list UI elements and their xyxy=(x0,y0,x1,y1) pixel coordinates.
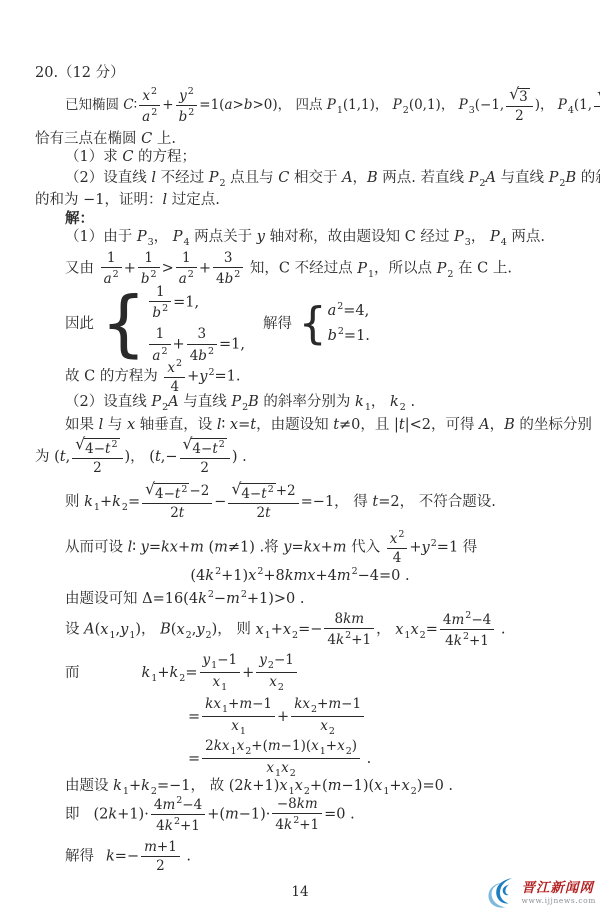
superscript: 2 xyxy=(181,484,187,495)
site-logo-text: 晋江新闻网 www.ijjnews.com xyxy=(521,881,596,905)
math-var: a xyxy=(224,97,232,113)
math-var-base: t xyxy=(261,486,266,502)
math-var-base: kx xyxy=(304,540,321,556)
math-text: . xyxy=(362,751,371,767)
math-text: > xyxy=(162,261,174,277)
math-var: m xyxy=(144,839,157,855)
math-text: 与 xyxy=(103,417,127,433)
math-var: P2 xyxy=(437,261,454,277)
math-text: +( xyxy=(207,807,225,823)
math-var: x xyxy=(127,417,135,433)
math-var-base: y xyxy=(422,540,430,556)
math-var-base: B xyxy=(160,622,171,638)
fraction: x2a2 xyxy=(139,86,160,125)
numerator: 3 xyxy=(213,250,243,268)
math-var: x2 xyxy=(281,760,296,776)
math-var-base: B xyxy=(367,170,378,186)
fraction: 34b2 xyxy=(213,250,243,287)
numerator: kx1+m−1 xyxy=(202,696,275,717)
math-var: b2 xyxy=(152,305,168,321)
math-var: P3 xyxy=(459,97,475,113)
solution2-vertical-sum: 则 k1+k2=√4−t2−22t−√4−t2+22t=−1， 得 t=2， 不… xyxy=(65,483,496,521)
superscript: 2 xyxy=(162,303,168,314)
math-var: y1 xyxy=(203,652,218,668)
math-var: P2 xyxy=(151,394,168,410)
math-var-base: m xyxy=(225,807,239,823)
math-var-base: t xyxy=(105,441,110,457)
math-text: 轴对称，故由题设知 C 经过 xyxy=(265,229,454,245)
math-var-base: k xyxy=(205,568,214,584)
math-var-base: k xyxy=(170,665,179,681)
math-var: C xyxy=(141,131,152,147)
math-text: 4 xyxy=(156,818,165,834)
math-text: = xyxy=(188,751,200,767)
math-var-base: x xyxy=(279,778,287,794)
math-text: 故 C 的方程为 xyxy=(65,369,162,385)
math-var: B xyxy=(367,170,378,186)
math-var: y2 xyxy=(196,622,211,638)
math-var-base: x xyxy=(320,718,328,734)
site-logo-url: www.ijjnews.com xyxy=(521,896,596,905)
math-var: y1 xyxy=(120,622,135,638)
math-text: =1, xyxy=(173,295,199,311)
math-text: = xyxy=(238,417,250,433)
math-var-base: m xyxy=(144,839,157,855)
math-text: 4− xyxy=(192,441,212,457)
math-text: + xyxy=(100,494,112,510)
math-text: + xyxy=(157,665,169,681)
math-text: 1 xyxy=(107,250,116,266)
math-var-base: x xyxy=(100,622,108,638)
radical: √4−t2 xyxy=(183,438,227,457)
math-text: 20.（12 分） xyxy=(35,65,125,81)
math-text: 4 xyxy=(327,632,336,648)
math-text: ， xyxy=(154,229,173,245)
math-var-base: k xyxy=(112,494,121,510)
numerator: √4−t2 xyxy=(72,438,122,459)
solution2-coordinates: 为 (t,√4−t22)， (t,−√4−t22) . xyxy=(35,438,247,476)
solution1-system: 因此 {1b2=1,1a2+34b2=1,解得 {a2=4,b2=1. xyxy=(65,284,372,364)
math-text: 两点. 若直线 xyxy=(378,170,469,186)
math-var: x2 xyxy=(320,718,335,734)
radical-sign-icon: √ xyxy=(509,87,519,103)
math-text: 2 xyxy=(515,108,524,124)
math-var-base: x xyxy=(269,674,277,690)
math-text: 过定点. xyxy=(167,192,220,208)
math-var: C xyxy=(278,170,289,186)
math-text: 3 xyxy=(519,89,528,105)
solution2-ksum-step2: =kx1+m−1x1+kx2+m−1x2 xyxy=(188,696,366,738)
math-var-base: A xyxy=(342,170,352,186)
math-var-base: x xyxy=(142,88,150,104)
math-text: (4 xyxy=(190,568,205,584)
numerator: 8km xyxy=(324,611,374,629)
math-var-base: C xyxy=(122,149,133,165)
brace-system: {a2=4,b2=1. xyxy=(299,301,370,347)
math-var-base: x xyxy=(395,622,403,638)
math-text: +( xyxy=(310,778,328,794)
math-var-base: x xyxy=(295,778,303,794)
math-text: + xyxy=(242,665,254,681)
math-text: =−1， 故 (2 xyxy=(157,778,244,794)
math-text: −1)( xyxy=(341,778,374,794)
math-var: m xyxy=(239,696,252,712)
math-var-base: x xyxy=(231,718,239,734)
math-text: 即 xyxy=(65,807,80,823)
fraction: √4−t22 xyxy=(180,438,230,476)
radical-sign-icon: √ xyxy=(145,482,155,498)
math-text: )， ( xyxy=(125,449,155,465)
solution2-substitute: 即(2k+1)·4m2−44k2+1+(m−1)·−8km4k2+1=0 . xyxy=(65,795,355,834)
denominator: x2 xyxy=(256,673,297,693)
math-text: ≠0，且 | xyxy=(339,417,399,433)
radicand: 4−t2 xyxy=(154,483,189,502)
solution2-vieta: 设 A(x1,y1)， B(x2,y2)， 则 x1+x2=−8km4k2+1，… xyxy=(65,610,505,649)
math-var-base: k xyxy=(141,778,150,794)
math-text: 2 xyxy=(205,738,214,754)
brace-system: {1b2=1,1a2+34b2=1, xyxy=(101,284,245,364)
solution-label: 解： xyxy=(65,209,94,229)
math-var-base: P xyxy=(137,229,147,245)
math-text: 知，C 不经过点 xyxy=(245,261,357,277)
radical-sign-icon: √ xyxy=(231,482,241,498)
fraction: kx1+m−1x1 xyxy=(202,696,275,738)
math-var-base: m xyxy=(333,540,347,556)
math-var: t xyxy=(265,505,270,521)
math-text: )=0 . xyxy=(417,778,453,794)
math-text: ) xyxy=(352,738,357,754)
math-text: −1)( xyxy=(281,738,311,754)
math-text: + xyxy=(124,261,136,277)
math-var-base: m xyxy=(451,612,464,628)
math-var-base: a xyxy=(224,97,232,113)
math-text: +1 xyxy=(180,818,200,834)
math-text: 1 xyxy=(156,284,165,300)
math-text: 2 xyxy=(170,505,179,521)
math-text: + xyxy=(173,337,185,353)
numerator: 1 xyxy=(138,250,160,268)
math-var-base: k xyxy=(84,494,93,510)
fraction: √32 xyxy=(506,88,532,124)
math-var: k2 xyxy=(198,591,214,607)
math-var: k2 xyxy=(284,817,299,833)
superscript: 2 xyxy=(151,107,157,118)
math-var-base: A xyxy=(485,170,495,186)
math-var-base: a xyxy=(142,109,150,125)
numerator: kx2+m−1 xyxy=(291,696,364,717)
math-var: b2 xyxy=(328,328,344,344)
subscript: 2 xyxy=(329,726,335,737)
math-var-base: k xyxy=(390,394,399,410)
math-text: =−1， 得 xyxy=(301,494,373,510)
site-logo-name: 晋江新闻网 xyxy=(521,881,594,896)
math-text: 解得 xyxy=(65,849,94,865)
math-var: x2 xyxy=(269,674,284,690)
superscript: 2 xyxy=(151,86,157,97)
math-var-base: m xyxy=(328,778,342,794)
math-var-base: P xyxy=(209,170,219,186)
radical-sign-icon: √ xyxy=(75,437,85,453)
math-text: +8 xyxy=(263,568,284,584)
math-text: 设 xyxy=(65,622,84,638)
math-var: m xyxy=(190,540,204,556)
math-var: km xyxy=(343,611,364,627)
math-text: |<2，可得 xyxy=(405,417,479,433)
superscript: 2 xyxy=(188,86,194,97)
news-logo-swoosh-icon xyxy=(484,877,518,909)
math-var-base: kx xyxy=(294,696,310,712)
math-var-base: x xyxy=(390,531,398,547)
math-var-base: x xyxy=(237,738,245,754)
math-text: ∶ xyxy=(132,540,140,556)
math-text: + xyxy=(228,696,239,712)
superscript: 2 xyxy=(208,346,214,357)
math-var: k2 xyxy=(390,394,406,410)
math-var: kx xyxy=(161,540,178,556)
math-var: P2 xyxy=(549,170,566,186)
site-logo: 晋江新闻网 www.ijjnews.com xyxy=(484,877,596,909)
math-var-base: x xyxy=(127,417,135,433)
math-var: x1 xyxy=(266,760,281,776)
math-var: C xyxy=(123,97,133,113)
math-text: = xyxy=(426,622,438,638)
math-text: 轴垂直，设 xyxy=(135,417,217,433)
math-var-base: C xyxy=(141,131,152,147)
math-var: kx2 xyxy=(294,696,317,712)
math-var-base: m xyxy=(328,696,341,712)
math-var-base: P xyxy=(454,229,464,245)
denominator: 2 xyxy=(180,459,230,476)
numerator: m+1 xyxy=(141,839,180,857)
math-var-base: k xyxy=(336,632,344,648)
math-var-base: y xyxy=(259,652,267,668)
math-text: +( xyxy=(251,738,268,754)
fraction: y2−1x2 xyxy=(256,652,297,694)
math-var-base: m xyxy=(337,568,351,584)
math-text: 则 xyxy=(65,494,84,510)
math-text: −4 xyxy=(182,797,202,813)
math-text: 解： xyxy=(65,210,94,227)
math-var: m xyxy=(328,778,342,794)
fraction: 2kx1x2+(m−1)(x1+x2)x1x2 xyxy=(202,738,360,780)
math-var-base: x xyxy=(311,738,319,754)
math-var: m xyxy=(225,807,239,823)
math-text: =1 得 xyxy=(437,540,477,556)
math-text: 1 xyxy=(182,250,191,266)
math-text: . xyxy=(406,394,415,410)
math-var: x2 xyxy=(410,622,425,638)
subscript: 2 xyxy=(278,682,284,693)
math-text: =4, xyxy=(343,303,369,319)
math-var-base: k xyxy=(454,633,462,649)
math-var: P3 xyxy=(137,229,154,245)
math-var-base: P xyxy=(437,261,447,277)
math-var: b2 xyxy=(179,109,195,125)
denominator: 4 xyxy=(387,549,408,566)
solution2-ksum-step1: 而k1+k2=y1−1x1+y2−1x2 xyxy=(65,652,299,694)
numerator: 2kx1x2+(m−1)(x1+x2) xyxy=(202,738,360,759)
math-text: （1）由于 xyxy=(65,229,137,245)
math-var: t2 xyxy=(261,486,273,502)
math-var: B xyxy=(248,394,259,410)
math-var: a2 xyxy=(142,109,157,125)
numerator: 3 xyxy=(187,326,217,344)
math-var: P1 xyxy=(357,261,374,277)
math-var: P4 xyxy=(173,229,190,245)
part2-question-line1: （2）设直线 l 不经过 P2 点且与 C 相交于 A，B 两点. 若直线 P2… xyxy=(65,169,600,191)
superscript: 2 xyxy=(176,358,182,369)
math-text: 为 ( xyxy=(35,449,60,465)
math-var-base: m xyxy=(190,540,204,556)
numerator: √3 xyxy=(594,88,600,107)
solution2-quadratic: (4k2+1)x2+8kmx+4m2−4=0 . xyxy=(0,566,600,587)
math-text: 因此 xyxy=(65,316,99,332)
solution2-slopes-setup: （2）设直线 P2A 与直线 P2B 的斜率分别为 k1， k2 . xyxy=(65,393,415,415)
math-var: m2 xyxy=(451,612,471,628)
math-var-base: P xyxy=(558,97,567,113)
math-text: > xyxy=(233,97,244,113)
denominator: 2 xyxy=(506,107,532,124)
math-text: + xyxy=(317,696,328,712)
math-text: 4 xyxy=(393,550,402,566)
math-var-base: t xyxy=(179,505,184,521)
system-rows: a2=4,b2=1. xyxy=(328,301,370,347)
math-text: ，由题设知 xyxy=(256,417,333,433)
math-text: 4 xyxy=(445,633,454,649)
math-text: =1, xyxy=(219,337,245,353)
math-var-base: x xyxy=(281,760,289,776)
system-rows: 1b2=1,1a2+34b2=1, xyxy=(147,284,245,364)
math-var: y xyxy=(257,229,265,245)
math-text: （2）设直线 xyxy=(65,394,151,410)
numerator: −8km xyxy=(272,796,322,814)
math-text: 两点关于 xyxy=(190,229,257,245)
math-text: −4 xyxy=(471,612,491,628)
math-var-base: t xyxy=(212,441,217,457)
math-text: + xyxy=(178,540,190,556)
math-var: x2 xyxy=(390,531,405,547)
math-text: ≠1) .将 xyxy=(228,540,283,556)
math-var: P2 xyxy=(469,170,486,186)
math-var: x2 xyxy=(337,738,352,754)
math-var-base: x xyxy=(283,622,291,638)
subscript: 1 xyxy=(240,726,246,737)
math-var-base: P xyxy=(231,394,241,410)
math-text: ， xyxy=(371,394,390,410)
math-var: m xyxy=(333,540,347,556)
radical: √4−t2 xyxy=(231,483,275,502)
math-var-base: m xyxy=(268,738,281,754)
math-var: x2 xyxy=(167,360,182,376)
denominator: a2 xyxy=(139,106,160,125)
math-var-base: k xyxy=(284,817,292,833)
fraction: 1a2 xyxy=(176,250,197,287)
math-text: + xyxy=(162,97,173,113)
math-text: + xyxy=(271,622,283,638)
math-text: ,− xyxy=(161,449,178,465)
math-text: （2）设直线 xyxy=(65,170,151,186)
math-var-base: x xyxy=(176,622,184,638)
math-var-base: x xyxy=(167,360,175,376)
math-var: x2 xyxy=(283,622,298,638)
math-var: m2 xyxy=(226,591,247,607)
math-text: =− xyxy=(115,849,139,865)
numerator: √3 xyxy=(506,88,532,107)
math-text: ， xyxy=(376,622,395,638)
denominator: 2 xyxy=(141,857,180,874)
math-var: x1 xyxy=(374,778,389,794)
denominator: 4k2+1 xyxy=(272,814,322,833)
math-text: −4=0 . xyxy=(358,568,410,584)
problem-statement-ellipse: 已知椭圆 C∶x2a2+y2b2=1(a>b>0)， 四点 P1(1,1)， P… xyxy=(65,86,600,125)
math-var: kx1 xyxy=(214,738,237,754)
math-text: 4− xyxy=(155,486,175,502)
math-text: 点且与 xyxy=(226,170,279,186)
math-text: 4− xyxy=(241,486,261,502)
math-text: +1 xyxy=(157,839,177,855)
math-text: + xyxy=(129,778,141,794)
math-text: ， xyxy=(490,417,505,433)
numerator: 1 xyxy=(149,326,170,344)
math-var: k1 xyxy=(84,494,100,510)
math-var-base: t xyxy=(265,505,270,521)
math-text: + xyxy=(409,540,421,556)
math-var: y xyxy=(141,540,149,556)
denominator: 4k2+1 xyxy=(440,630,494,649)
math-text: =1( xyxy=(199,97,224,113)
math-var-base: P xyxy=(459,97,468,113)
math-text: 8 xyxy=(334,611,343,627)
math-var-base: P xyxy=(327,97,336,113)
denominator: x2 xyxy=(291,717,364,737)
radical: √3 xyxy=(509,88,529,105)
subscript: 1 xyxy=(221,682,227,693)
math-text: = xyxy=(291,540,303,556)
math-var-base: P xyxy=(357,261,367,277)
superscript: 2 xyxy=(113,269,119,280)
math-var: x1 xyxy=(311,738,326,754)
denominator: b2 xyxy=(176,106,198,125)
math-var-base: m xyxy=(214,540,228,556)
math-text: = xyxy=(128,494,140,510)
math-text: )， xyxy=(535,97,558,113)
math-text: −1)· xyxy=(239,807,271,823)
math-var: t2 xyxy=(175,486,187,502)
math-var: k1 xyxy=(142,665,158,681)
math-text: 1 xyxy=(156,326,165,342)
numerator: 1 xyxy=(176,250,197,268)
math-var-base: kx xyxy=(214,738,230,754)
solution1-equation: 故 C 的方程为 x24+y2=1. xyxy=(65,358,240,395)
math-var: A xyxy=(168,394,178,410)
math-var-base: km xyxy=(297,796,318,812)
math-var-base: x xyxy=(374,778,382,794)
radical-sign-icon: √ xyxy=(183,437,193,453)
math-var: x1 xyxy=(255,622,270,638)
numerator: x2 xyxy=(164,358,185,378)
fraction: √4−t22 xyxy=(72,438,122,476)
math-var: x1 xyxy=(395,622,410,638)
math-var: kx1 xyxy=(205,696,228,712)
numerator: 1 xyxy=(149,284,171,302)
math-text: −1 xyxy=(274,652,294,668)
fraction: √32 xyxy=(594,88,600,124)
math-var-base: t xyxy=(175,486,180,502)
math-var: x2 xyxy=(402,778,417,794)
math-text: + xyxy=(199,261,211,277)
math-var: x1 xyxy=(100,622,115,638)
radicand: 4−t2 xyxy=(240,483,275,502)
